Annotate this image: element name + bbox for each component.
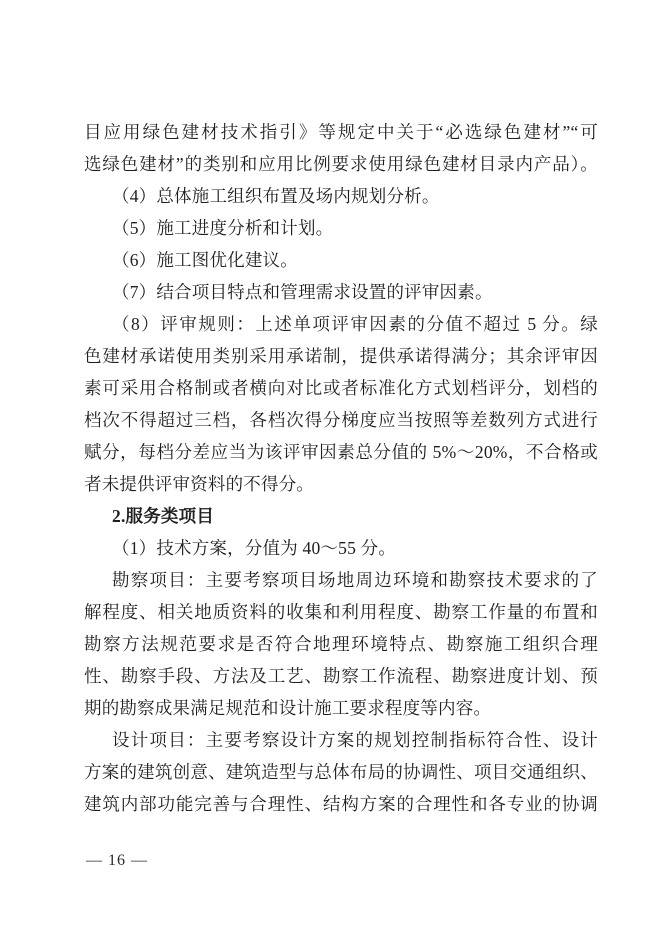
text-line: 方案的建筑创意、建筑造型与总体布局的协调性、项目交通组织、 — [84, 756, 598, 788]
text-line: 勘察方法规范要求是否符合地理环境特点、勘察施工组织合理 — [84, 628, 598, 660]
text-line: （8）评审规则：上述单项评审因素的分值不超过 5 分。绿 — [84, 308, 598, 340]
text-line: 目应用绿色建材技术指引》等规定中关于“必选绿色建材”“可 — [84, 116, 598, 148]
text-line: 性、勘察手段、方法及工艺、勘察工作流程、勘察进度计划、预 — [84, 660, 598, 692]
text-line: 档次不得超过三档，各档次得分梯度应当按照等差数列方式进行 — [84, 404, 598, 436]
body-text: 目应用绿色建材技术指引》等规定中关于“必选绿色建材”“可选绿色建材”的类别和应用… — [84, 116, 598, 820]
text-line: 2.服务类项目 — [84, 500, 598, 532]
text-line: 素可采用合格制或者横向对比或者标准化方式划档评分，划档的 — [84, 372, 598, 404]
text-line: 选绿色建材”的类别和应用比例要求使用绿色建材目录内产品）。 — [84, 148, 598, 180]
text-line: 建筑内部功能完善与合理性、结构方案的合理性和各专业的协调 — [84, 788, 598, 820]
page-footer: — 16 — — [86, 851, 148, 871]
text-line: （6）施工图优化建议。 — [84, 244, 598, 276]
document-page: 目应用绿色建材技术指引》等规定中关于“必选绿色建材”“可选绿色建材”的类别和应用… — [0, 0, 667, 945]
text-line: 赋分，每档分差应当为该评审因素总分值的 5%～20%，不合格或 — [84, 436, 598, 468]
text-line: 期的勘察成果满足规范和设计施工要求程度等内容。 — [84, 692, 598, 724]
text-line: 者未提供评审资料的不得分。 — [84, 468, 598, 500]
text-line: 勘察项目：主要考察项目场地周边环境和勘察技术要求的了 — [84, 564, 598, 596]
text-line: 色建材承诺使用类别采用承诺制，提供承诺得满分；其余评审因 — [84, 340, 598, 372]
text-line: （7）结合项目特点和管理需求设置的评审因素。 — [84, 276, 598, 308]
text-line: 解程度、相关地质资料的收集和利用程度、勘察工作量的布置和 — [84, 596, 598, 628]
text-line: （5）施工进度分析和计划。 — [84, 212, 598, 244]
page-number: — 16 — — [86, 852, 148, 869]
text-line: 设计项目：主要考察设计方案的规划控制指标符合性、设计 — [84, 724, 598, 756]
text-line: （1）技术方案，分值为 40～55 分。 — [84, 532, 598, 564]
text-line: （4）总体施工组织布置及场内规划分析。 — [84, 180, 598, 212]
